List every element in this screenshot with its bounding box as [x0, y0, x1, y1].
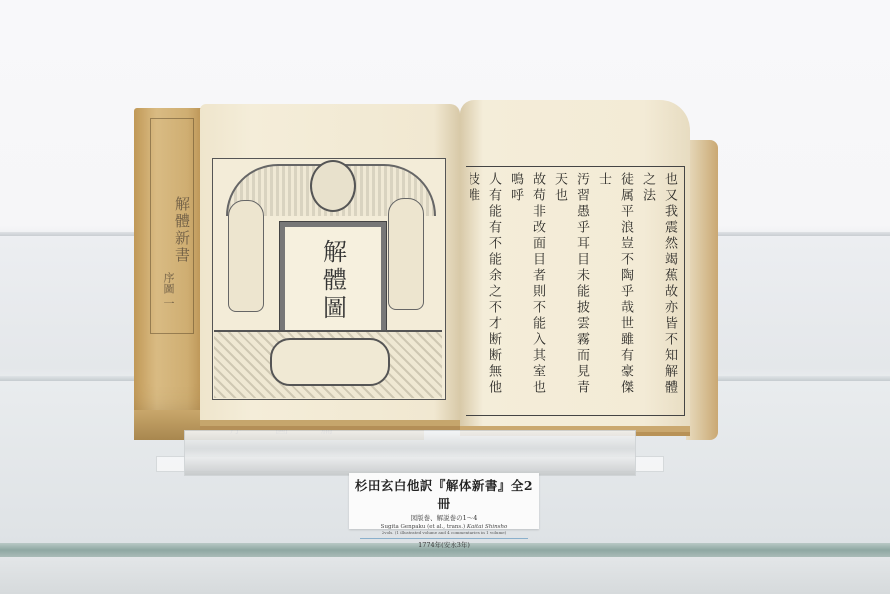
label-divider: [360, 538, 528, 539]
exhibit-label-card: 杉田玄白他訳『解体新書』全2冊 図版巻、解説巻の1～4 Sugita Genpa…: [349, 473, 539, 529]
crest-medallion: [310, 160, 356, 212]
female-figure: [388, 198, 424, 310]
label-date: 1774年(安永3年): [349, 540, 539, 549]
text-column: 人有能有不能余之不才断断無他技唯: [470, 172, 504, 408]
cartouche: [270, 338, 390, 386]
panel-title: 解體圖: [316, 239, 351, 323]
label-subtitle-ja: 図版巻、解説巻の1～4: [349, 513, 539, 522]
text-column: 也又我震然竭蕉故亦皆不知解體之法: [636, 172, 680, 408]
right-page-stack: [686, 140, 718, 440]
label-title-ja: 杉田玄白他訳『解体新書』全2冊: [349, 476, 539, 512]
spine-volume: 序圖 一: [160, 272, 176, 309]
preface-text: 也又我震然竭蕉故亦皆不知解體之法 徒属平浪豈不陶乎哉世雖有豪傑士 汚習愚乎耳目未…: [470, 172, 680, 408]
acrylic-book-stand: [184, 430, 636, 476]
text-column: 徒属平浪豈不陶乎哉世雖有豪傑士: [592, 172, 636, 408]
text-column: 故苟非改面目者則不能入其室也鳴呼: [504, 172, 548, 408]
text-column: 汚習愚乎耳目未能披雲霧而見青天也: [548, 172, 592, 408]
title-panel: 解體圖: [280, 222, 386, 340]
below-shelf: [0, 557, 890, 594]
label-detail-en: 2vols. (1 illustrated volume and 4 comme…: [349, 530, 539, 535]
male-figure: [228, 200, 264, 312]
